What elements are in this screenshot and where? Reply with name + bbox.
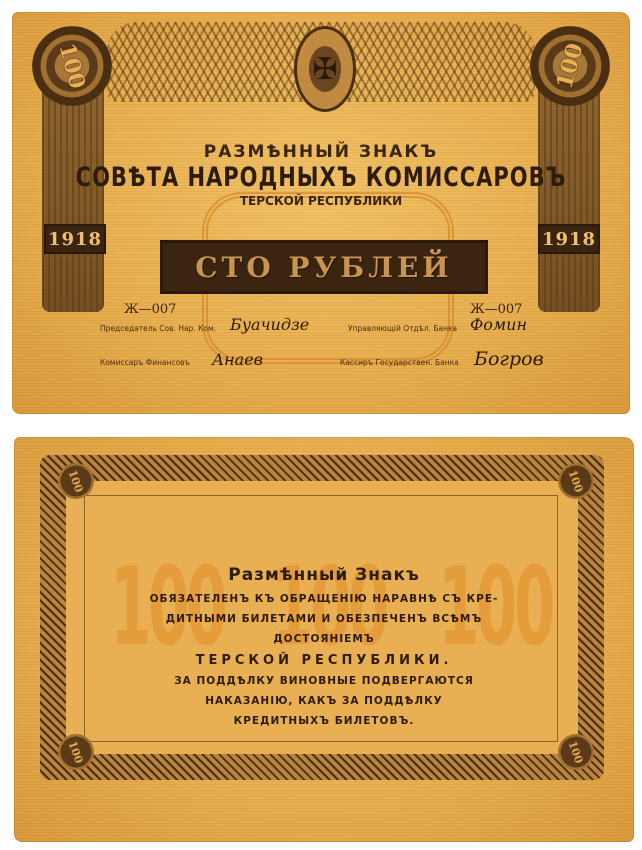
denomination-cartouche: СТО РУБЛЕЙ xyxy=(160,240,488,294)
heading-line-1: РАЗМѢННЫЙ ЗНАКЪ xyxy=(12,142,630,162)
right-corner-medallion: 100 xyxy=(530,26,610,106)
heading-line-2: СОВѢТА НАРОДНЫХЪ КОМИССАРОВЪ xyxy=(12,162,630,192)
year-box-right: 1918 xyxy=(538,224,600,254)
denomination-text: СТО РУБЛЕЙ xyxy=(195,251,453,284)
eagle-emblem-icon: ✠ xyxy=(294,26,356,112)
signature: Фомин xyxy=(470,315,527,334)
banknote-front: 100 100 ✠ 1918 1918 РАЗМѢННЫЙ ЗНАКЪ СОВѢ… xyxy=(12,12,630,414)
back-title: Размѣнный Знакъ xyxy=(14,565,634,585)
watermark-numeral-right: 100 xyxy=(438,545,552,670)
signature-label: Управляющій Отдѣл. Банка xyxy=(348,324,457,333)
banknote-back: 100 100 100 100 100 100 100 Размѣнный Зн… xyxy=(14,437,634,842)
signature: Анаев xyxy=(212,350,263,369)
serial-number-left: Ж—007 xyxy=(124,302,176,317)
back-text-line: КРЕДИТНЫХЪ БИЛЕТОВЪ. xyxy=(14,715,634,727)
corner-numeral: 100 xyxy=(551,40,588,91)
watermark-numeral-left: 100 xyxy=(110,545,224,670)
back-text-line: ДИТНЫМИ БИЛЕТАМИ И ОБЕЗПЕЧЕНЪ ВСѢМЪ xyxy=(14,613,634,625)
signature: Буачидзе xyxy=(230,315,309,334)
corner-numeral: 100 xyxy=(53,40,90,91)
back-text-line: ЗА ПОДДѢЛКУ ВИНОВНЫЕ ПОДВЕРГАЮТСЯ xyxy=(14,675,634,687)
year-text: 1918 xyxy=(48,229,102,250)
signature: Богров xyxy=(474,348,544,370)
signature-label: Кассиръ Государствен. Банка xyxy=(340,358,459,367)
back-text-line: ДОСТОЯНІЕМЪ xyxy=(14,633,634,645)
back-text-line: НАКАЗАНІЮ, КАКЪ ЗА ПОДДѢЛКУ xyxy=(14,695,634,707)
signature-label: Комиссаръ Финансовъ xyxy=(100,358,190,367)
back-text-line: ТЕРСКОЙ РЕСПУБЛИКИ. xyxy=(14,653,634,668)
year-text: 1918 xyxy=(542,229,596,250)
back-text-line: ОБЯЗАТЕЛЕНЪ КЪ ОБРАЩЕНІЮ НАРАВНѢ СЪ КРЕ- xyxy=(14,593,634,605)
year-box-left: 1918 xyxy=(44,224,106,254)
signature-label: Председатель Сов. Нар. Ком. xyxy=(100,324,216,333)
left-corner-medallion: 100 xyxy=(32,26,112,106)
watermark-numeral-center: 100 xyxy=(272,545,386,670)
heading-line-3: ТЕРСКОЙ РЕСПУБЛИКИ xyxy=(12,194,630,208)
